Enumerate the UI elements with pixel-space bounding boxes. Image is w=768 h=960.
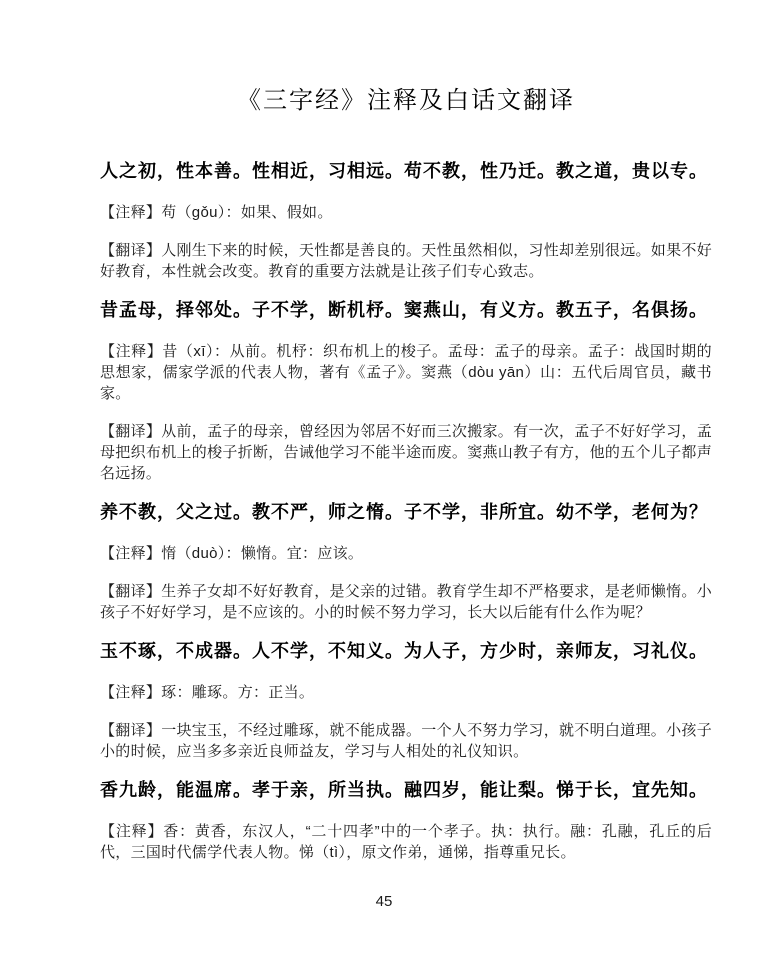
page-number: 45 [0, 893, 768, 910]
verse-line: 香九龄，能温席。孝于亲，所当执。融四岁，能让梨。悌于长，宜先知。 [100, 779, 712, 801]
verse-line: 昔孟母，择邻处。子不学，断机杼。窦燕山，有义方。教五子，名俱扬。 [100, 299, 712, 321]
translation-paragraph: 【翻译】人刚生下来的时候，天性都是善良的。天性虽然相似，习性却差别很远。如果不好… [100, 240, 712, 282]
verse-line: 玉不琢，不成器。人不学，不知义。为人子，方少时，亲师友，习礼仪。 [100, 640, 712, 662]
page-title: 《三字经》注释及白话文翻译 [100, 86, 712, 115]
scripture-section-3: 养不教，父之过。教不严，师之惰。子不学，非所宜。幼不学，老何为？ 【注释】惰（d… [100, 501, 712, 623]
translation-paragraph: 【翻译】一块宝玉，不经过雕琢，就不能成器。一个人不努力学习，就不明白道理。小孩子… [100, 720, 712, 762]
scripture-section-4: 玉不琢，不成器。人不学，不知义。为人子，方少时，亲师友，习礼仪。 【注释】琢：雕… [100, 640, 712, 762]
translation-paragraph: 【翻译】生养子女却不好好教育，是父亲的过错。教育学生却不严格要求，是老师懒惰。小… [100, 581, 712, 623]
verse-line: 养不教，父之过。教不严，师之惰。子不学，非所宜。幼不学，老何为？ [100, 501, 712, 523]
document-page: 《三字经》注释及白话文翻译 人之初，性本善。性相近，习相远。苟不教，性乃迁。教之… [0, 0, 768, 960]
translation-paragraph: 【翻译】从前，孟子的母亲，曾经因为邻居不好而三次搬家。有一次，孟子不好好学习，孟… [100, 421, 712, 484]
scripture-section-2: 昔孟母，择邻处。子不学，断机杼。窦燕山，有义方。教五子，名俱扬。 【注释】昔（x… [100, 299, 712, 484]
annotation-paragraph: 【注释】香：黄香，东汉人，“二十四孝”中的一个孝子。执：执行。融：孔融，孔丘的后… [100, 821, 712, 863]
verse-line: 人之初，性本善。性相近，习相远。苟不教，性乃迁。教之道，贵以专。 [100, 160, 712, 182]
annotation-paragraph: 【注释】昔（xī）：从前。机杼：织布机上的梭子。孟母：孟子的母亲。孟子：战国时期… [100, 341, 712, 404]
scripture-section-5: 香九龄，能温席。孝于亲，所当执。融四岁，能让梨。悌于长，宜先知。 【注释】香：黄… [100, 779, 712, 863]
annotation-paragraph: 【注释】惰（duò）：懒惰。宜：应该。 [100, 543, 712, 564]
annotation-paragraph: 【注释】琢：雕琢。方：正当。 [100, 682, 712, 703]
scripture-section-1: 人之初，性本善。性相近，习相远。苟不教，性乃迁。教之道，贵以专。 【注释】苟（g… [100, 160, 712, 282]
annotation-paragraph: 【注释】苟（gǒu）：如果、假如。 [100, 202, 712, 223]
